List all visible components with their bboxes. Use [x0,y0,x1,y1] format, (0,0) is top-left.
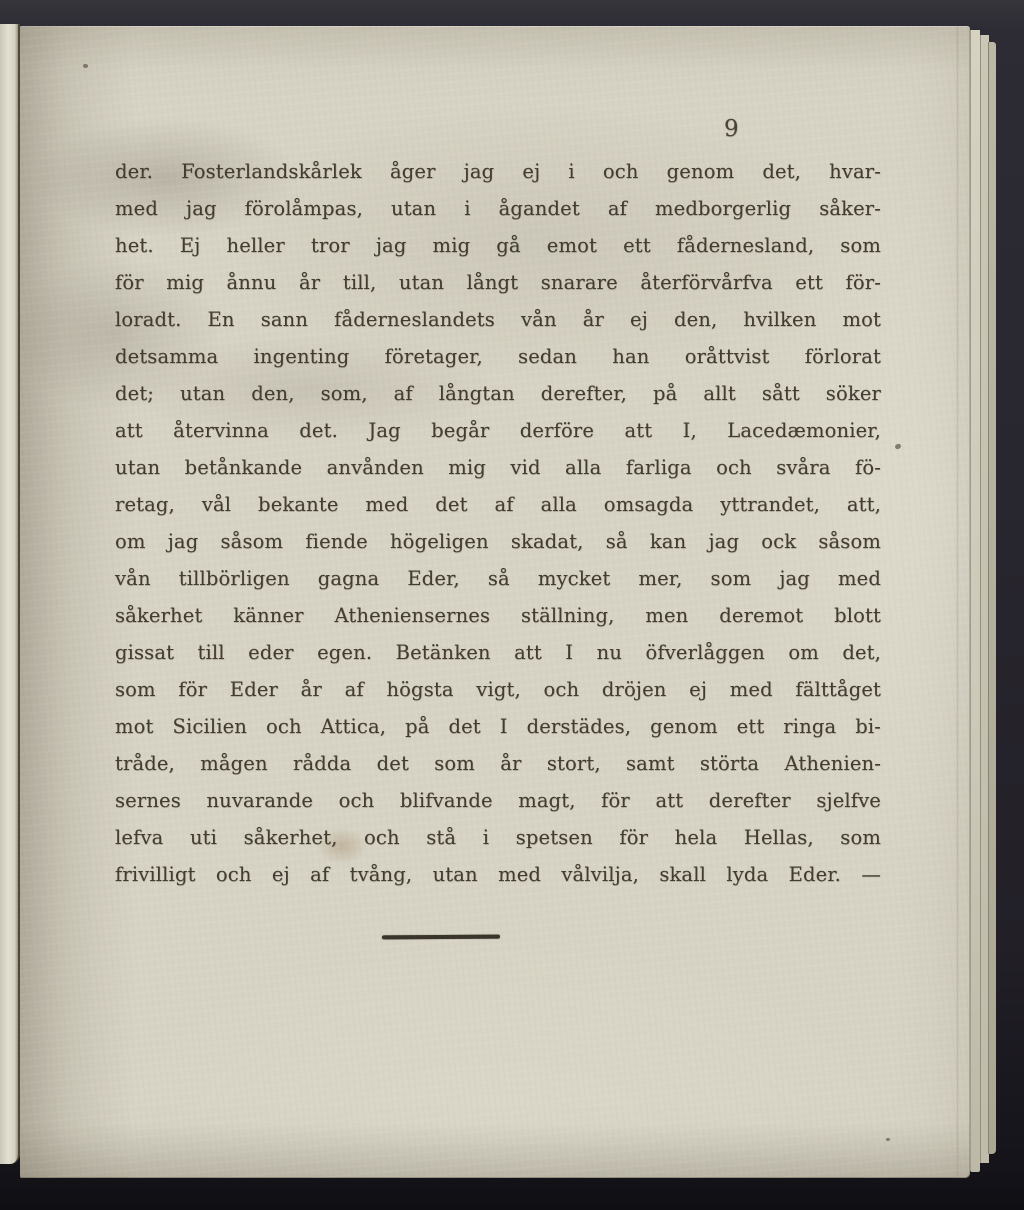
page-stack-edge [970,30,980,1172]
scanned-book-photo: { "document": { "page_number": "9", "lin… [0,0,1024,1210]
text-line-6: detsamma ingenting företager, sedan han … [115,338,881,375]
text-line-19: lefva uti såkerhet, och stå i spetsen fö… [115,819,881,856]
text-line-16: mot Sicilien och Attica, på det I derstä… [115,708,881,745]
body-text: der. Fosterlandskårlek åger jag ej i och… [115,153,881,893]
page-stack-edge [988,42,996,1154]
page-curve-crease [956,26,959,1178]
text-line-3: het. Ej heller tror jag mig gå emot ett … [115,227,881,264]
adjacent-page-edge [0,24,20,1164]
text-line-1: der. Fosterlandskårlek åger jag ej i och… [115,153,881,190]
text-line-11: om jag såsom fiende högeligen skadat, så… [115,523,881,560]
text-line-8: att återvinna det. Jag begår derföre att… [115,412,881,449]
book-page: 9 der. Fosterlandskårlek åger jag ej i o… [20,26,970,1178]
text-line-13: såkerhet känner Atheniensernes ställning… [115,597,881,634]
text-line-9: utan betånkande anvånden mig vid alla fa… [115,449,881,486]
text-line-12: vån tillbörligen gagna Eder, så mycket m… [115,560,881,597]
text-line-17: tråde, mågen rådda det som år stort, sam… [115,745,881,782]
section-end-rule [382,935,500,940]
text-line-5: loradt. En sann fåderneslandets vån år e… [115,301,881,338]
page-number: 9 [724,116,739,142]
text-line-14: gissat till eder egen. Betänken att I nu… [115,634,881,671]
text-line-2: med jag förolåmpas, utan i ågandet af me… [115,190,881,227]
text-line-10: retag, vål bekante med det af alla omsag… [115,486,881,523]
text-line-7: det; utan den, som, af långtan derefter,… [115,375,881,412]
text-line-18: sernes nuvarande och blifvande magt, för… [115,782,881,819]
text-line-20: frivilligt och ej af tvång, utan med vål… [115,856,881,893]
text-line-4: för mig ånnu år till, utan långt snarare… [115,264,881,301]
text-line-15: som för Eder år af högsta vigt, och dröj… [115,671,881,708]
